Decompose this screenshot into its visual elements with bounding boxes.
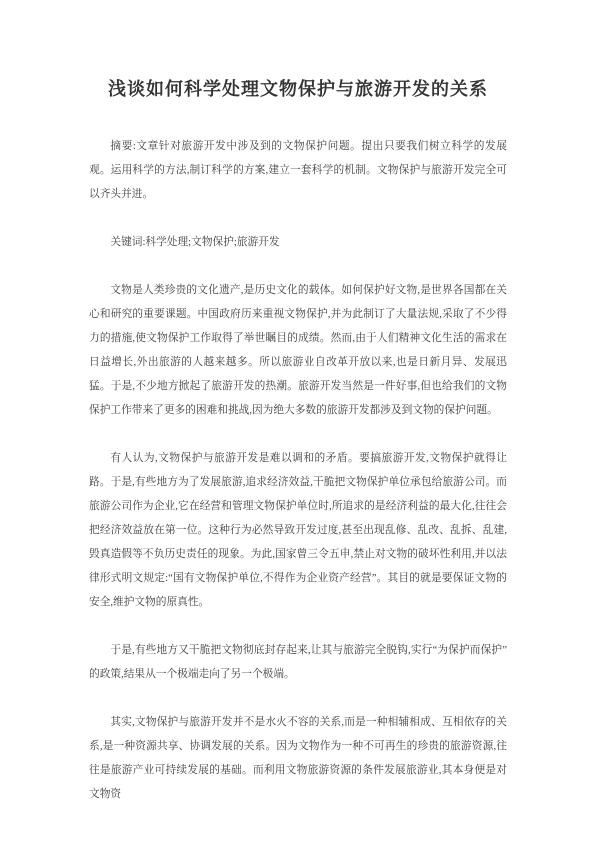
body-paragraphs: 文物是人类珍贵的文化遗产,是历史文化的载体。如何保护好文物,是世界各国都在关心和… bbox=[89, 278, 507, 806]
page-title: 浅谈如何科学处理文物保护与旅游开发的关系 bbox=[89, 78, 507, 100]
abstract-paragraph: 摘要:文章针对旅游开发中涉及到的文物保护问题。提出只要我们树立科学的发展观。运用… bbox=[89, 134, 507, 206]
body-paragraph: 有人认为,文物保护与旅游开发是难以调和的矛盾。要搞旅游开发,文物保护就得让路。于… bbox=[89, 446, 507, 614]
document-page: 浅谈如何科学处理文物保护与旅游开发的关系 摘要:文章针对旅游开发中涉及到的文物保… bbox=[0, 0, 595, 842]
body-paragraph: 文物是人类珍贵的文化遗产,是历史文化的载体。如何保护好文物,是世界各国都在关心和… bbox=[89, 278, 507, 422]
body-paragraph: 其实,文物保护与旅游开发并不是水火不容的关系,而是一种相辅相成、互相依存的关系,… bbox=[89, 710, 507, 806]
document-content: 浅谈如何科学处理文物保护与旅游开发的关系 摘要:文章针对旅游开发中涉及到的文物保… bbox=[89, 78, 507, 806]
keywords-line: 关键词:科学处理;文物保护;旅游开发 bbox=[89, 230, 507, 254]
body-paragraph: 于是,有些地方又干脆把文物彻底封存起来,让其与旅游完全脱钩,实行“为保护而保护”… bbox=[89, 638, 507, 686]
